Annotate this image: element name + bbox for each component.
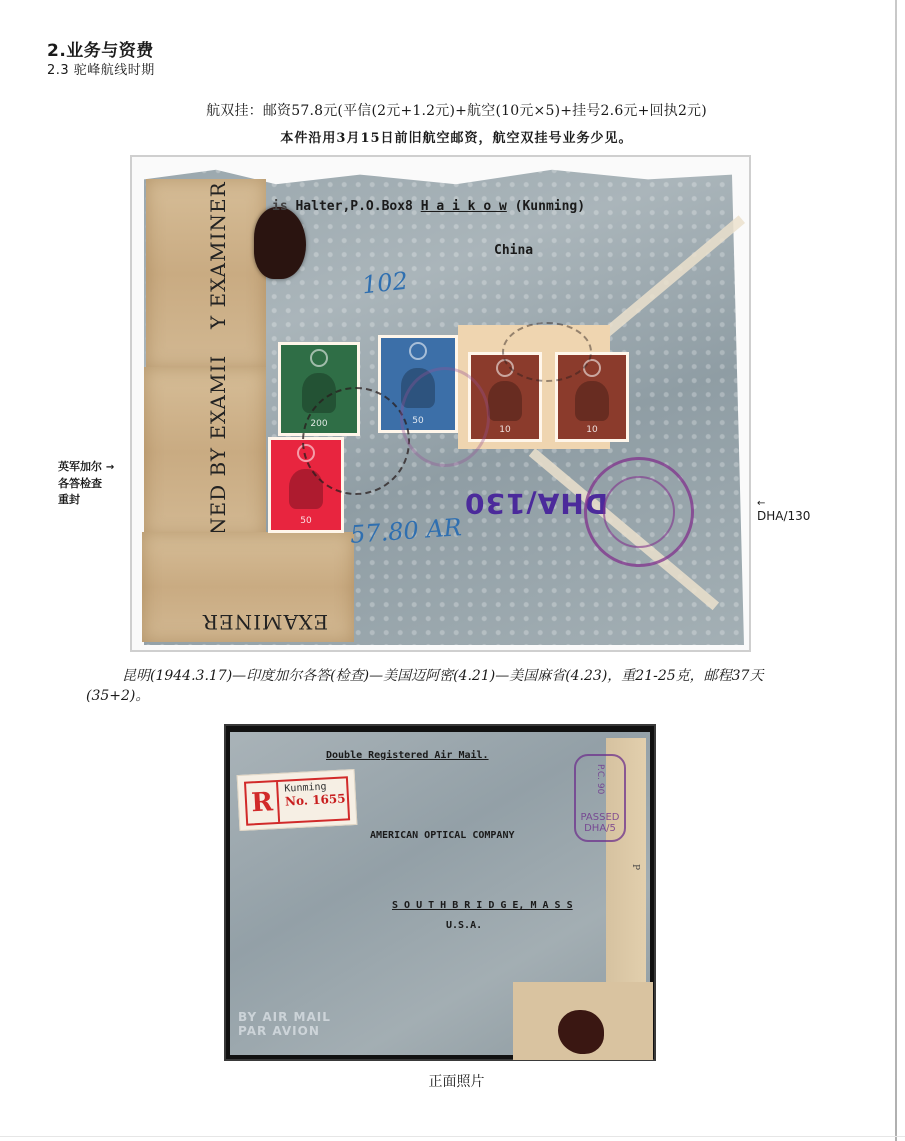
airmail-label: BY AIR MAIL PAR AVION <box>238 1010 331 1038</box>
censor-annotation: 英军加尔 → 各答检查 重封 <box>58 459 114 508</box>
arrow-left-icon: ← <box>757 499 810 509</box>
receiving-postmark-inner <box>603 476 676 549</box>
stamp-sun-emblem <box>310 349 328 367</box>
handwritten-number: 102 <box>361 267 409 300</box>
censor-tape: EXAMINER <box>142 532 354 642</box>
sender-country: China <box>494 243 533 258</box>
airmail-label-line: BY AIR MAIL <box>238 1010 331 1024</box>
censor-stamp-line2: DHA/5 <box>584 823 616 834</box>
front-photo-caption: 正面照片 <box>0 1071 905 1091</box>
registration-details: Kunming No. 1655 <box>278 778 347 821</box>
sender-address-prefix: is <box>272 199 288 214</box>
censor-stamp-line1: PASSED <box>581 812 620 823</box>
postage-note: 航双挂：邮资57.8元(平信(2元+1.2元)+航空(10元×5)+挂号2.6元… <box>0 100 905 120</box>
censor-tape: Y EXAMINER <box>146 179 266 369</box>
page-edge-line <box>895 0 897 1141</box>
censor-tape-text: EXAMINER <box>202 610 328 634</box>
service-line: Double Registered Air Mail. <box>326 750 489 761</box>
route-caption: 昆明(1944.3.17)—印度加尔各答(检查)—美国迈阿密(4.21)—美国麻… <box>86 666 806 706</box>
annotation-line: 重封 <box>58 492 114 508</box>
tape-edge-letter: P <box>630 864 640 870</box>
destination-city: S O U T H B R I D G E, M A S S <box>392 900 573 911</box>
censor-tape: NED BY EXAMII <box>144 367 266 537</box>
stamp-portrait <box>488 381 522 421</box>
front-cover-photo: Double Registered Air Mail. R Kunming No… <box>224 724 656 1061</box>
remark-note: 本件沿用3月15日前旧航空邮资，航空双挂号业务少见。 <box>0 127 905 146</box>
addressee: AMERICAN OPTICAL COMPANY <box>370 830 515 841</box>
wax-seal <box>254 207 306 279</box>
postmark-partial <box>502 322 592 382</box>
registration-letter: R <box>246 782 280 824</box>
section-title: 2.业务与资费 <box>47 36 154 61</box>
sender-address: is Halter,P.O.Box8 H a i k o w (Kunming) <box>272 199 585 214</box>
censor-tape-text: Y EXAMINER <box>206 181 230 329</box>
stamp-value: 50 <box>300 516 311 526</box>
annotation-line: 各答检查 <box>58 476 114 492</box>
back-cover-photo: Y EXAMINER NED BY EXAMII EXAMINER is Hal… <box>130 155 751 652</box>
receiving-postmark <box>584 457 694 567</box>
sender-city-note: (Kunming) <box>515 199 585 214</box>
arrow-right-icon: → <box>106 462 114 473</box>
dha-annotation-text: DHA/130 <box>757 509 810 523</box>
stamp-value: 10 <box>586 425 597 435</box>
registration-number: No. 1655 <box>285 791 346 808</box>
registration-label-box: R Kunming No. 1655 <box>244 776 350 825</box>
destination-country: U.S.A. <box>446 920 482 931</box>
subsection-title: 2.3 驼峰航线时期 <box>47 59 155 78</box>
sender-city: H a i k o w <box>421 199 507 214</box>
wax-seal-front <box>558 1010 604 1054</box>
passed-censor-stamp: P.C. 90 PASSED DHA/5 <box>574 754 626 842</box>
sender-address-line: Halter,P.O.Box8 <box>295 199 412 214</box>
annotation-line: 英军加尔 → <box>58 459 114 476</box>
censor-stamp-top: P.C. 90 <box>595 764 605 794</box>
kunming-postmark <box>302 387 410 495</box>
registration-label: R Kunming No. 1655 <box>237 769 358 831</box>
envelope-front: Double Registered Air Mail. R Kunming No… <box>230 732 650 1055</box>
dha-annotation: ← DHA/130 <box>757 499 810 523</box>
stamp-value: 10 <box>499 425 510 435</box>
airmail-label-line: PAR AVION <box>238 1024 331 1038</box>
page-bottom-line <box>0 1136 905 1137</box>
stamp-portrait <box>575 381 609 421</box>
faint-purple-postmark <box>400 367 490 467</box>
censor-tape-text: NED BY EXAMII <box>206 355 230 535</box>
stamp-sun-emblem <box>409 342 427 360</box>
